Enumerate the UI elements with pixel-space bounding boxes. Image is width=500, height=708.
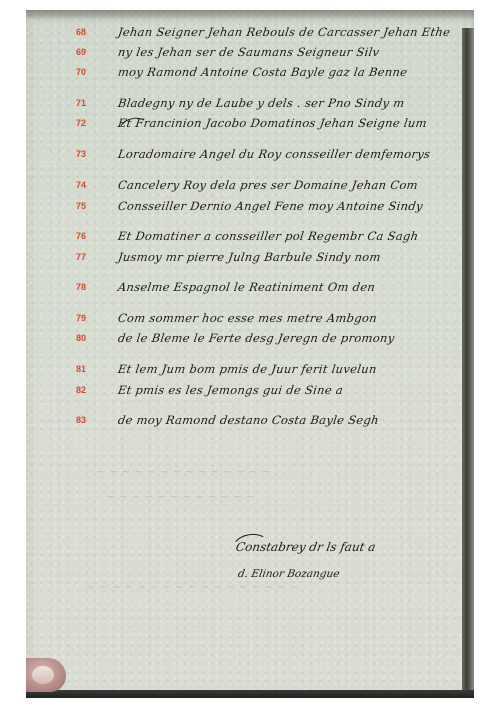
line-number: 81 xyxy=(76,364,96,374)
thumbnail xyxy=(32,666,54,684)
handwritten-line: Et Francinion Jacobo Domatinos Jehan Sei… xyxy=(117,114,428,132)
handwritten-line: Et pmis es les Jemongs gui de Sine a xyxy=(117,381,345,399)
signature-line-1: Constabrey dr ls faut a xyxy=(235,540,377,554)
handwritten-line: Anselme Espagnol le Reatiniment Om den xyxy=(117,278,377,296)
signature-line-2: d. Elinor Bozangue xyxy=(237,568,341,580)
line-number: 83 xyxy=(76,415,96,425)
handwritten-line: Bladegny ny de Laube y dels . ser Pno Si… xyxy=(117,94,406,112)
line-number: 76 xyxy=(76,231,96,241)
line-number: 69 xyxy=(76,47,96,57)
page-bottom-edge xyxy=(26,690,474,698)
handwritten-line: de moy Ramond destano Costa Bayle Segh xyxy=(117,411,380,429)
bleed-through-text: ~ ~ ~ ~ ~ ~ ~ ~ ~ ~ ~ ~ xyxy=(106,490,255,503)
line-number: 68 xyxy=(76,27,96,37)
handwritten-line: de le Bleme le Ferte desg Jeregn de prom… xyxy=(117,329,396,347)
handwritten-line: Jusmoy mr pierre Julng Barbule Sindy nom xyxy=(117,248,382,266)
handwritten-line: Et lem Jum bom pmis de Juur ferit luvelu… xyxy=(117,360,378,378)
handwritten-line: Cancelery Roy dela pres ser Domaine Jeha… xyxy=(117,176,419,194)
line-number: 80 xyxy=(76,333,96,343)
line-number: 78 xyxy=(76,282,96,292)
handwritten-line: Jehan Seigner Jehan Rebouls de Carcasser… xyxy=(117,23,452,41)
handwritten-line: Com sommer hoc esse mes metre Ambgon xyxy=(117,309,379,327)
thumb-holding-page xyxy=(26,658,66,692)
handwritten-line: ny les Jehan ser de Saumans Seigneur Sil… xyxy=(117,43,381,61)
handwritten-line: Et Domatiner a consseiller pol Regembr C… xyxy=(117,227,420,245)
bleed-through-text: ~ ~ ~ ~ ~ ~ ~ ~ ~ ~ ~ ~ ~ ~ xyxy=(96,465,271,478)
line-number: 79 xyxy=(76,313,96,323)
line-number: 82 xyxy=(76,385,96,395)
line-number: 70 xyxy=(76,67,96,77)
handwritten-line: moy Ramond Antoine Costa Bayle gaz la Be… xyxy=(117,63,409,81)
binding-edge xyxy=(462,28,474,698)
line-number: 77 xyxy=(76,252,96,262)
page-top-shadow xyxy=(26,10,474,22)
line-number: 74 xyxy=(76,180,96,190)
line-number: 75 xyxy=(76,201,96,211)
bleed-through-text: ~ ~ ~ ~ ~ ~ ~ ~ ~ ~ ~ ~ ~ ~ ~ ~ ~ xyxy=(86,580,299,593)
handwritten-line: Loradomaire Angel du Roy consseiller dem… xyxy=(117,145,432,163)
line-number: 71 xyxy=(76,98,96,108)
line-number: 73 xyxy=(76,149,96,159)
line-number: 72 xyxy=(76,118,96,128)
handwritten-line: Consseiller Dernio Angel Fene moy Antoin… xyxy=(117,197,424,215)
